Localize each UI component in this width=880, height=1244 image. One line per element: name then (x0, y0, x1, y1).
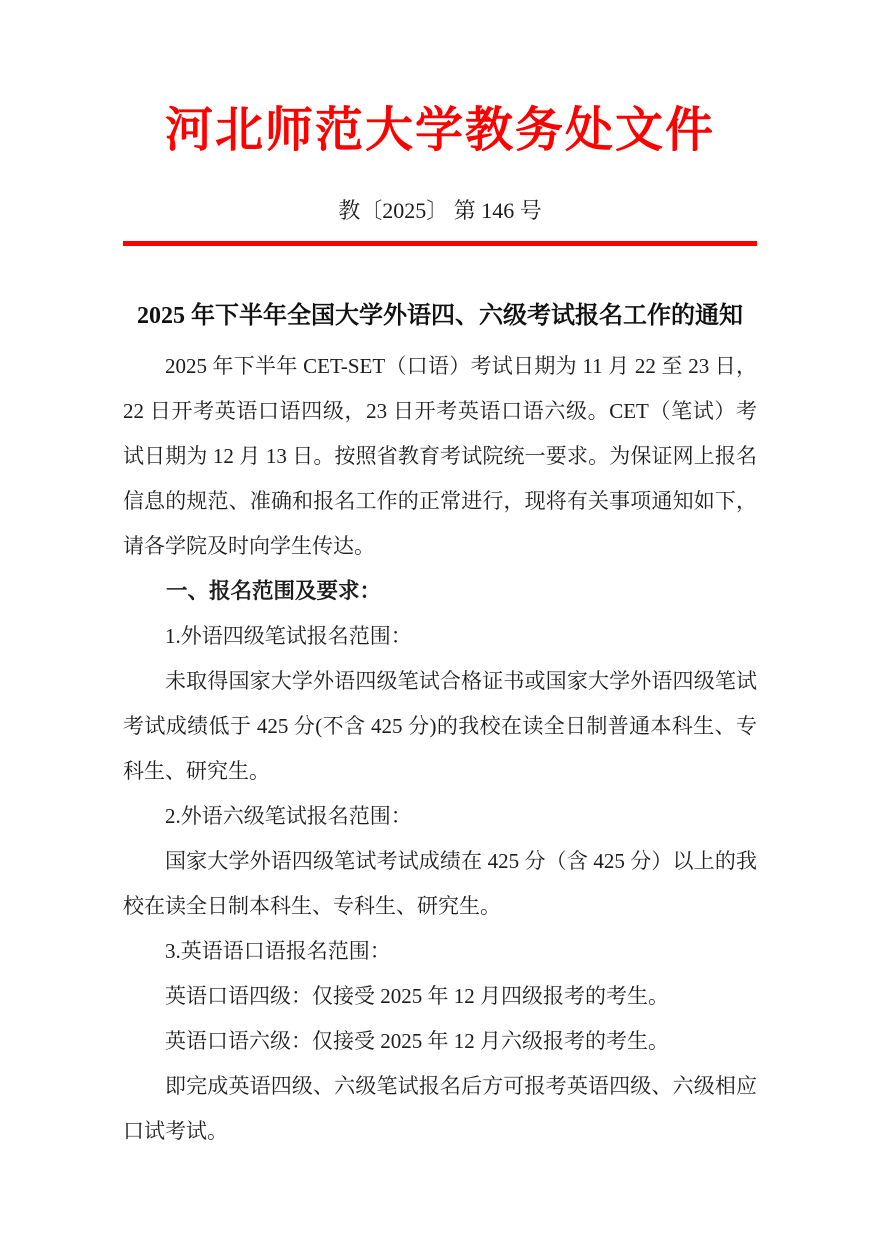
letterhead-org-title: 河北师范大学教务处文件 (123, 0, 757, 162)
doc-number: 教〔2025〕 第 146 号 (123, 196, 757, 226)
subheading-oral-scope: 3.英语语口语报名范围： (123, 929, 757, 974)
document-page: 河北师范大学教务处文件 教〔2025〕 第 146 号 2025 年下半年全国大… (0, 0, 880, 1244)
paragraph-oral-cet4: 英语口语四级：仅接受 2025 年 12 月四级报考的考生。 (123, 974, 757, 1019)
document-title: 2025 年下半年全国大学外语四、六级考试报名工作的通知 (123, 300, 757, 332)
paragraph-cet4-written-scope: 未取得国家大学外语四级笔试合格证书或国家大学外语四级笔试考试成绩低于 425 分… (123, 659, 757, 794)
paragraph-oral-requirement: 即完成英语四级、六级笔试报名后方可报考英语四级、六级相应口试考试。 (123, 1064, 757, 1154)
section-heading-scope: 一、报名范围及要求： (123, 569, 757, 614)
subheading-cet4-written-scope: 1.外语四级笔试报名范围： (123, 614, 757, 659)
subheading-cet6-written-scope: 2.外语六级笔试报名范围： (123, 794, 757, 839)
paragraph-cet6-written-scope: 国家大学外语四级笔试考试成绩在 425 分（含 425 分）以上的我校在读全日制… (123, 839, 757, 929)
intro-paragraph: 2025 年下半年 CET-SET（口语）考试日期为 11 月 22 至 23 … (123, 344, 757, 569)
paragraph-oral-cet6: 英语口语六级：仅接受 2025 年 12 月六级报考的考生。 (123, 1019, 757, 1064)
document-body: 2025 年下半年 CET-SET（口语）考试日期为 11 月 22 至 23 … (123, 344, 757, 1154)
letterhead-red-rule (123, 241, 757, 246)
